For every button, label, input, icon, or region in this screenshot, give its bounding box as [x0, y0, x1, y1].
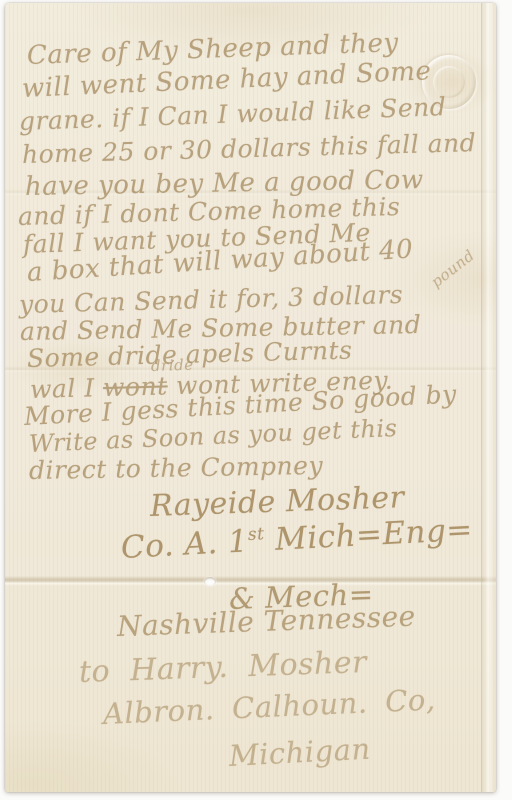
right-edge-fold: [481, 3, 496, 792]
recipient-town-line: Albron. Calhoun. Co,: [102, 683, 436, 731]
scanned-letter-screenshot: { "page": { "background_color": "#fbfbfa…: [0, 0, 512, 800]
location-line: Nashville Tennessee: [116, 600, 416, 643]
handwriting-line: home 25 or 30 dollars this fall and: [22, 128, 477, 169]
letter-page: Care of My Sheep and they will went Some…: [5, 3, 496, 792]
recipient-name-line: to Harry. Mosher: [78, 645, 367, 690]
fold-hole: [204, 577, 216, 586]
handwriting-line: direct to the Compney: [29, 451, 324, 485]
unit-ordinal-superscript: st: [247, 524, 265, 545]
unit-pre: Co. A. 1: [120, 523, 249, 566]
margin-note: pound: [427, 246, 478, 291]
recipient-state-line: Michigan: [228, 732, 371, 773]
